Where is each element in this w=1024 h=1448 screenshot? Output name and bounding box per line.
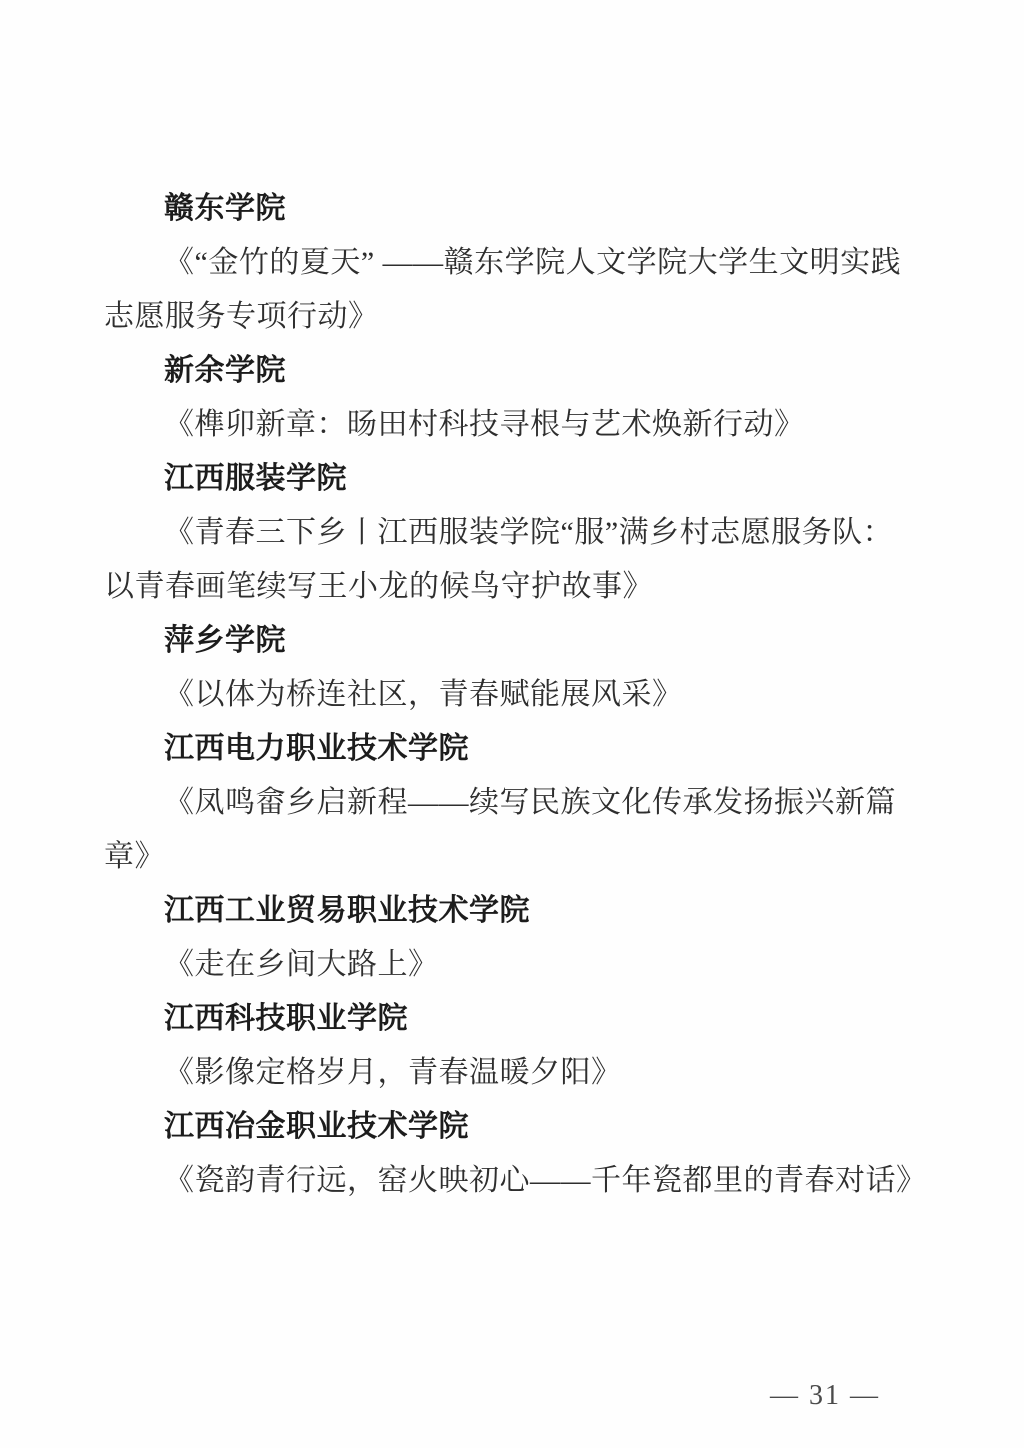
project-title: 《青春三下乡丨江西服装学院“服”满乡村志愿服务队：以青春画笔续写王小龙的候鸟守护… (104, 506, 922, 614)
project-title: 《凤鸣畲乡启新程——续写民族文化传承发扬振兴新篇章》 (104, 776, 922, 884)
list-item: 新余学院 《榫卯新章：旸田村科技寻根与艺术焕新行动》 (104, 344, 922, 452)
school-name: 萍乡学院 (104, 614, 922, 668)
project-title: 《榫卯新章：旸田村科技寻根与艺术焕新行动》 (104, 398, 922, 452)
list-item: 江西科技职业学院 《影像定格岁月，青春温暖夕阳》 (104, 992, 922, 1100)
school-name: 赣东学院 (104, 182, 922, 236)
school-name: 江西工业贸易职业技术学院 (104, 884, 922, 938)
list-item: 江西工业贸易职业技术学院 《走在乡间大路上》 (104, 884, 922, 992)
list-item: 江西冶金职业技术学院 《瓷韵青行远，窑火映初心——千年瓷都里的青春对话》 (104, 1100, 922, 1208)
document-page: 赣东学院 《“金竹的夏天” ——赣东学院人文学院大学生文明实践志愿服务专项行动》… (0, 0, 1024, 1448)
page-footer: — 31 — (770, 1380, 880, 1412)
list-item: 萍乡学院 《以体为桥连社区，青春赋能展风采》 (104, 614, 922, 722)
school-name: 江西科技职业学院 (104, 992, 922, 1046)
school-name: 江西电力职业技术学院 (104, 722, 922, 776)
list-item: 江西电力职业技术学院 《凤鸣畲乡启新程——续写民族文化传承发扬振兴新篇章》 (104, 722, 922, 884)
project-title: 《影像定格岁月，青春温暖夕阳》 (104, 1046, 922, 1100)
project-title: 《以体为桥连社区，青春赋能展风采》 (104, 668, 922, 722)
page-number: — 31 — (770, 1380, 880, 1411)
school-name: 江西服装学院 (104, 452, 922, 506)
project-title: 《瓷韵青行远，窑火映初心——千年瓷都里的青春对话》 (104, 1154, 922, 1208)
project-title: 《“金竹的夏天” ——赣东学院人文学院大学生文明实践志愿服务专项行动》 (104, 236, 922, 344)
school-project-list: 赣东学院 《“金竹的夏天” ——赣东学院人文学院大学生文明实践志愿服务专项行动》… (104, 182, 922, 1208)
list-item: 赣东学院 《“金竹的夏天” ——赣东学院人文学院大学生文明实践志愿服务专项行动》 (104, 182, 922, 344)
school-name: 江西冶金职业技术学院 (104, 1100, 922, 1154)
school-name: 新余学院 (104, 344, 922, 398)
list-item: 江西服装学院 《青春三下乡丨江西服装学院“服”满乡村志愿服务队：以青春画笔续写王… (104, 452, 922, 614)
project-title: 《走在乡间大路上》 (104, 938, 922, 992)
